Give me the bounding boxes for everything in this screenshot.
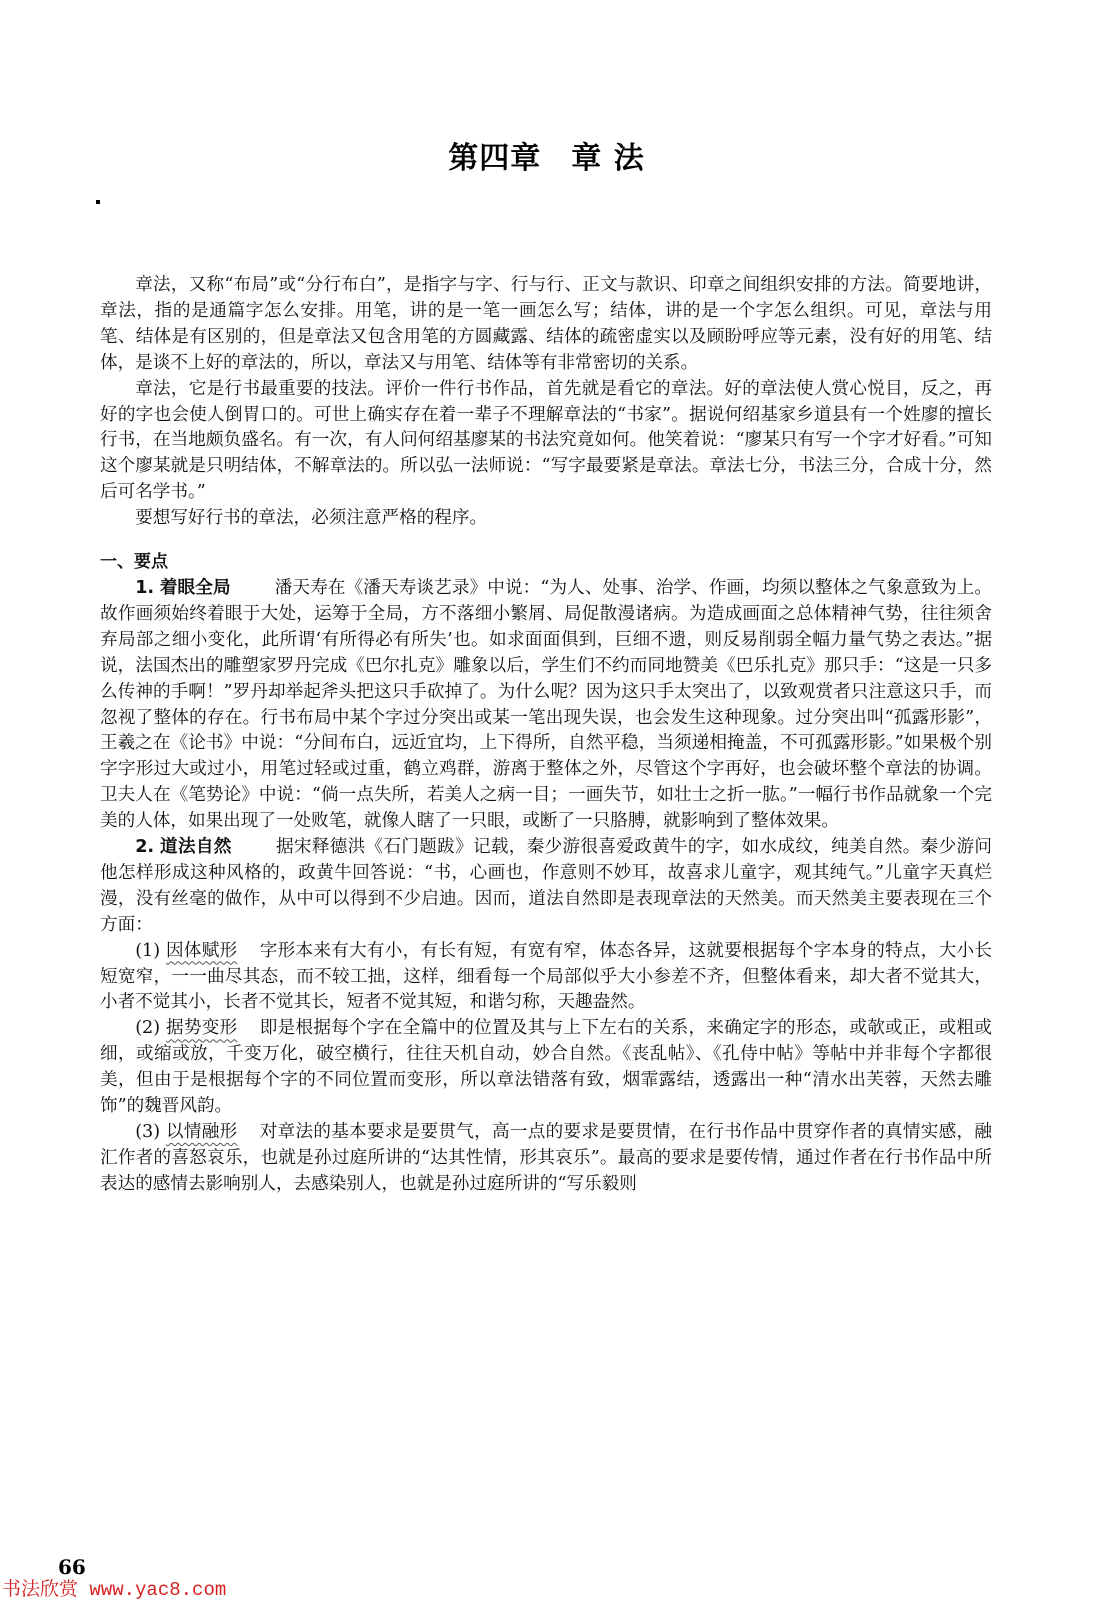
chapter-title: 第四章章 法 <box>0 133 1093 177</box>
point-text: 据宋释德洪《石门题跋》记载，秦少游很喜爱政黄牛的字，如水成纹，纯美自然。秦少游问… <box>100 837 992 935</box>
intro-paragraph: 章法，又称“布局”或“分行布白”，是指字与字、行与行、正文与款识、印章之间组织安… <box>100 273 992 377</box>
point-number: 2. <box>135 837 154 857</box>
watermark-site-name: 书法欣赏 <box>2 1578 78 1600</box>
chapter-body: 章法，又称“布局”或“分行布白”，是指字与字、行与行、正文与款识、印章之间组织安… <box>100 273 992 1198</box>
watermark-url[interactable]: www.yac8.com <box>89 1579 226 1601</box>
subpoint-term: 因体赋形 <box>166 941 237 961</box>
subpoint-term: 据势变形 <box>166 1018 237 1038</box>
intro-paragraph: 要想写好行书的章法，必须注意严格的程序。 <box>100 506 992 532</box>
point-term: 道法自然 <box>160 837 232 857</box>
book-page: 第四章章 法 章法，又称“布局”或“分行布白”，是指字与字、行与行、正文与款识、… <box>0 0 1093 1612</box>
subpoint-term: 以情融形 <box>166 1122 237 1142</box>
subpoint-paragraph: (1) 因体赋形字形本来有大有小，有长有短，有宽有窄，体态各异，这就要根据每个字… <box>100 939 992 1017</box>
section-heading: 一、要点 <box>100 550 992 576</box>
chapter-name: 章 法 <box>571 141 644 176</box>
watermark[interactable]: 书法欣赏 www.yac8.com <box>2 1574 226 1601</box>
point-term: 着眼全局 <box>160 578 231 598</box>
point-text: 潘天寿在《潘天寿谈艺录》中说：“为人、处事、治学、作画，均须以整体之气象意致为上… <box>100 578 992 831</box>
point-number: 1. <box>135 578 154 598</box>
subpoint-number: (1) <box>135 941 160 961</box>
subpoint-paragraph: (3) 以情融形对章法的基本要求是要贯气，高一点的要求是要贯情，在行书作品中贯穿… <box>100 1120 992 1198</box>
point-paragraph: 1. 着眼全局潘天寿在《潘天寿谈艺录》中说：“为人、处事、治学、作画，均须以整体… <box>100 576 992 835</box>
chapter-number: 第四章 <box>448 141 541 176</box>
subpoint-number: (2) <box>135 1018 160 1038</box>
point-paragraph: 2. 道法自然据宋释德洪《石门题跋》记载，秦少游很喜爱政黄牛的字，如水成纹，纯美… <box>100 835 992 939</box>
subpoint-paragraph: (2) 据势变形即是根据每个字在全篇中的位置及其与上下左右的关系，来确定字的形态… <box>100 1016 992 1120</box>
subpoint-number: (3) <box>135 1122 160 1142</box>
intro-paragraph: 章法，它是行书最重要的技法。评价一件行书作品，首先就是看它的章法。好的章法使人赏… <box>100 377 992 507</box>
stray-mark <box>96 200 100 204</box>
